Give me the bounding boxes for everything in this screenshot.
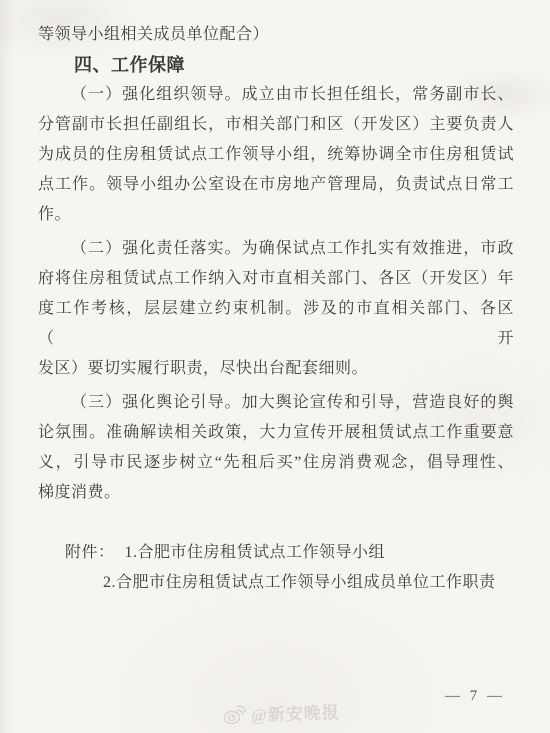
paragraph-2-line: 府将住房租赁试点工作纳入对市直相关部门、各区（开发区）年 [38,264,514,294]
body-line: 等领导小组相关成员单位配合） [38,20,514,50]
watermark-text: @新安晚报 [251,698,341,726]
attachment-label: 附件： [65,544,115,561]
attachment-item-2: 2.合肥市住房租赁试点工作领导小组成员单位工作职责 [38,568,514,598]
paragraph-1-line: 作。 [38,200,514,230]
document-body: 等领导小组相关成员单位配合） 四、工作保障 （一）强化组织领导。成立由市长担任组… [38,20,514,598]
paragraph-3-line: （三）强化舆论引导。加大舆论宣传和引导，营造良好的舆 [38,388,514,418]
paragraph-3-line: 论氛围。准确解读相关政策，大力宣传开展租赁试点工作重要意 [38,418,514,448]
attachment-item-1: 1.合肥市住房租赁试点工作领导小组 [125,544,386,561]
scanned-document-page: 等领导小组相关成员单位配合） 四、工作保障 （一）强化组织领导。成立由市长担任组… [0,0,550,733]
paragraph-3-line: 梯度消费。 [38,478,514,508]
paragraph-2-line: （二）强化责任落实。为确保试点工作扎实有效推进，市政 [38,234,514,264]
paragraph-1-line: 分管副市长担任副组长，市相关部门和区（开发区）主要负责人 [38,110,514,140]
section-heading: 四、工作保障 [38,50,514,80]
paragraph-2-line: 度工作考核，层层建立约束机制。涉及的市直相关部门、各区（开 [38,294,514,354]
attachment-list: 附件：1.合肥市住房租赁试点工作领导小组 2.合肥市住房租赁试点工作领导小组成员… [38,538,514,598]
paragraph-2-line: 发区）要切实履行职责，尽快出台配套细则。 [38,354,514,384]
news-watermark: @新安晚报 [222,698,341,727]
paragraph-1-line: （一）强化组织领导。成立由市长担任组长，常务副市长、 [38,80,514,110]
weibo-icon [222,703,247,726]
paragraph-1-line: 为成员的住房租赁试点工作领导小组，统筹协调全市住房租赁试 [38,140,514,170]
paragraph-1-line: 点工作。领导小组办公室设在市房地产管理局，负责试点日常工 [38,170,514,200]
page-number: — 7 — [445,688,505,705]
attachment-item: 附件：1.合肥市住房租赁试点工作领导小组 [38,538,514,568]
paragraph-3-line: 义，引导市民逐步树立“先租后买”住房消费观念，倡导理性、 [38,448,514,478]
